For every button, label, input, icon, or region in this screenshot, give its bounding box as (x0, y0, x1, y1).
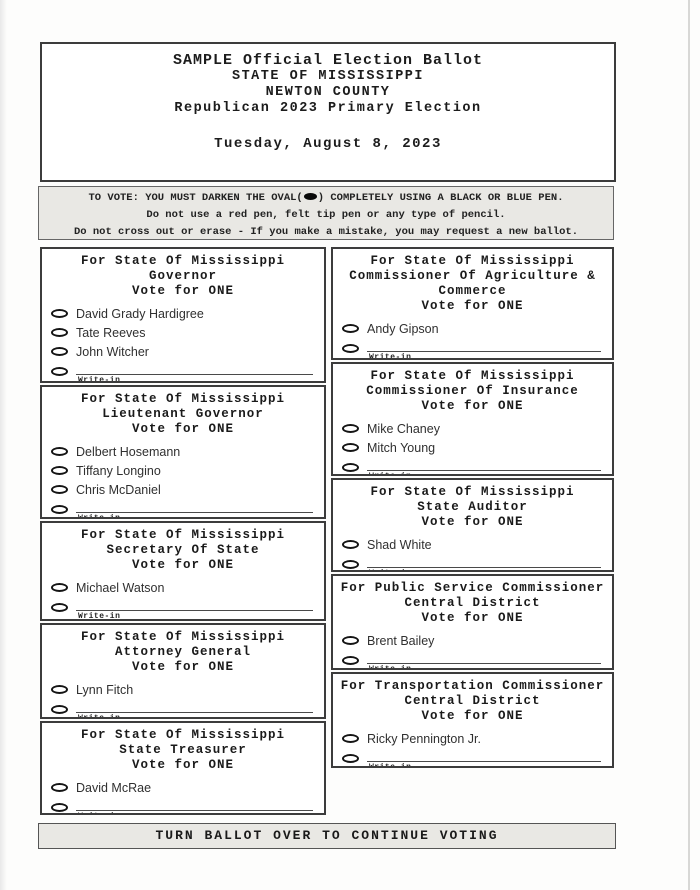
instruction-text: TO VOTE: YOU MUST DARKEN THE OVAL( (89, 192, 303, 204)
contest-title: For State Of Mississippi Governor Vote f… (42, 254, 324, 299)
contest-vote-for-line: Vote for ONE (333, 299, 612, 314)
candidate-name: Chris McDaniel (76, 483, 161, 497)
vote-oval[interactable] (51, 685, 68, 694)
contest-title-line: Attorney General (42, 645, 324, 660)
candidate-name: Mike Chaney (367, 422, 440, 436)
voting-instructions: TO VOTE: YOU MUST DARKEN THE OVAL() COMP… (38, 186, 614, 240)
write-in-line[interactable]: Write-in (367, 342, 601, 352)
write-in-label: Write-in (78, 376, 120, 383)
contest-title-line: Commerce (333, 284, 612, 299)
options-list: Lynn Fitch Write-in (42, 680, 324, 719)
write-in-option[interactable]: Write-in (342, 339, 601, 360)
vote-oval[interactable] (342, 754, 359, 763)
candidate-option[interactable]: Mike Chaney (342, 419, 601, 438)
contest-title: For State Of Mississippi Attorney Genera… (42, 630, 324, 675)
contest-public-service-commissioner: For Public Service Commissioner Central … (331, 574, 614, 670)
write-in-label: Write-in (369, 353, 411, 360)
vote-oval[interactable] (342, 443, 359, 452)
ballot-column-left: For State Of Mississippi Governor Vote f… (40, 247, 326, 815)
write-in-option[interactable]: Write-in (342, 458, 601, 476)
contest-attorney-general: For State Of Mississippi Attorney Genera… (40, 623, 326, 719)
vote-oval[interactable] (342, 560, 359, 569)
write-in-line[interactable]: Write-in (367, 752, 601, 762)
contest-transportation-commissioner: For Transportation Commissioner Central … (331, 672, 614, 768)
vote-oval[interactable] (342, 344, 359, 353)
write-in-label: Write-in (369, 472, 411, 476)
vote-oval[interactable] (51, 783, 68, 792)
contest-title-line: For State Of Mississippi (333, 254, 612, 269)
vote-oval[interactable] (51, 328, 68, 337)
page-edge-shadow-left (0, 0, 7, 890)
vote-oval[interactable] (51, 485, 68, 494)
candidate-option[interactable]: Mitch Young (342, 438, 601, 457)
turn-ballot-over-banner: TURN BALLOT OVER TO CONTINUE VOTING (38, 823, 616, 849)
write-in-line[interactable]: Write-in (76, 703, 313, 713)
vote-oval[interactable] (51, 505, 68, 514)
write-in-label: Write-in (369, 763, 411, 768)
contest-vote-for-line: Vote for ONE (42, 422, 324, 437)
write-in-option[interactable]: Write-in (51, 500, 313, 519)
contest-title: For State Of Mississippi State Treasurer… (42, 728, 324, 773)
candidate-name: Tate Reeves (76, 326, 145, 340)
instruction-line-2: Do not use a red pen, felt tip pen or an… (39, 207, 613, 224)
vote-oval[interactable] (51, 309, 68, 318)
ballot-header: SAMPLE Official Election Ballot STATE OF… (40, 42, 616, 182)
candidate-option[interactable]: David Grady Hardigree (51, 304, 313, 323)
page-edge-shadow-right (688, 0, 690, 890)
contest-title: For Public Service Commissioner Central … (333, 581, 612, 626)
write-in-option[interactable]: Write-in (51, 798, 313, 815)
instruction-line-3: Do not cross out or erase - If you make … (39, 224, 613, 241)
options-list: Andy Gipson Write-in (333, 319, 612, 360)
write-in-option[interactable]: Write-in (51, 362, 313, 383)
contest-title: For State Of Mississippi Secretary Of St… (42, 528, 324, 573)
options-list: David McRae Write-in (42, 778, 324, 815)
contest-vote-for-line: Vote for ONE (333, 709, 612, 724)
contest-title-line: Central District (333, 694, 612, 709)
write-in-option[interactable]: Write-in (342, 651, 601, 670)
contest-insurance: For State Of Mississippi Commissioner Of… (331, 362, 614, 476)
candidate-name: Shad White (367, 538, 432, 552)
vote-oval[interactable] (342, 734, 359, 743)
write-in-label: Write-in (78, 612, 120, 621)
vote-oval[interactable] (342, 636, 359, 645)
contest-title-line: State Treasurer (42, 743, 324, 758)
contest-title-line: For Transportation Commissioner (333, 679, 612, 694)
contest-title-line: For State Of Mississippi (42, 528, 324, 543)
write-in-line[interactable]: Write-in (367, 461, 601, 471)
contest-title: For State Of Mississippi State Auditor V… (333, 485, 612, 530)
write-in-label: Write-in (78, 812, 120, 815)
contest-lieutenant-governor: For State Of Mississippi Lieutenant Gove… (40, 385, 326, 519)
instruction-text: ) COMPLETELY USING A BLACK OR BLUE PEN. (318, 192, 564, 204)
ballot-date: Tuesday, August 8, 2023 (42, 136, 614, 152)
write-in-label: Write-in (369, 569, 411, 572)
candidate-option[interactable]: Michael Watson (51, 578, 313, 597)
contest-title-line: Governor (42, 269, 324, 284)
contest-state-auditor: For State Of Mississippi State Auditor V… (331, 478, 614, 572)
contest-title-line: Lieutenant Governor (42, 407, 324, 422)
contest-title-line: State Auditor (333, 500, 612, 515)
ballot-county: NEWTON COUNTY (42, 85, 614, 101)
contest-vote-for-line: Vote for ONE (42, 558, 324, 573)
write-in-line[interactable]: Write-in (76, 801, 313, 811)
vote-oval[interactable] (342, 540, 359, 549)
vote-oval[interactable] (51, 583, 68, 592)
candidate-option[interactable]: Brent Bailey (342, 631, 601, 650)
vote-oval[interactable] (342, 463, 359, 472)
candidate-option[interactable]: Chris McDaniel (51, 480, 313, 499)
vote-oval[interactable] (342, 424, 359, 433)
contest-vote-for-line: Vote for ONE (333, 399, 612, 414)
contest-title-line: For State Of Mississippi (42, 630, 324, 645)
options-list: Michael Watson Write-in (42, 578, 324, 619)
write-in-line[interactable]: Write-in (76, 503, 313, 513)
vote-oval[interactable] (51, 603, 68, 612)
filled-oval-icon (304, 193, 317, 200)
contest-state-treasurer: For State Of Mississippi State Treasurer… (40, 721, 326, 815)
contest-title-line: For State Of Mississippi (333, 485, 612, 500)
write-in-option[interactable]: Write-in (51, 700, 313, 719)
write-in-option[interactable]: Write-in (342, 749, 601, 768)
contest-title-line: For State Of Mississippi (42, 728, 324, 743)
write-in-option[interactable]: Write-in (342, 555, 601, 572)
ballot-state: STATE OF MISSISSIPPI (42, 69, 614, 85)
contest-title-line: For State Of Mississippi (42, 392, 324, 407)
contest-governor: For State Of Mississippi Governor Vote f… (40, 247, 326, 383)
options-list: Delbert Hosemann Tiffany Longino Chris M… (42, 442, 324, 519)
contest-title-line: For State Of Mississippi (333, 369, 612, 384)
contest-title-line: For Public Service Commissioner (333, 581, 612, 596)
contest-vote-for-line: Vote for ONE (42, 284, 324, 299)
contest-title-line: For State Of Mississippi (42, 254, 324, 269)
candidate-name: Tiffany Longino (76, 464, 161, 478)
contest-title-line: Commissioner Of Insurance (333, 384, 612, 399)
options-list: Mike Chaney Mitch Young Write-in (333, 419, 612, 476)
contest-vote-for-line: Vote for ONE (333, 515, 612, 530)
contest-title-line: Central District (333, 596, 612, 611)
candidate-option[interactable]: David McRae (51, 778, 313, 797)
vote-oval[interactable] (342, 656, 359, 665)
options-list: Shad White Write-in (333, 535, 612, 572)
candidate-option[interactable]: Ricky Pennington Jr. (342, 729, 601, 748)
contest-title: For State Of Mississippi Lieutenant Gove… (42, 392, 324, 437)
write-in-line[interactable]: Write-in (76, 601, 313, 611)
contest-secretary-of-state: For State Of Mississippi Secretary Of St… (40, 521, 326, 621)
ballot-title: SAMPLE Official Election Ballot (42, 53, 614, 69)
write-in-label: Write-in (78, 514, 120, 519)
instruction-line-1: TO VOTE: YOU MUST DARKEN THE OVAL() COMP… (39, 190, 613, 207)
write-in-line[interactable]: Write-in (367, 558, 601, 568)
vote-oval[interactable] (342, 324, 359, 333)
candidate-name: Ricky Pennington Jr. (367, 732, 481, 746)
vote-oval[interactable] (51, 705, 68, 714)
write-in-label: Write-in (369, 665, 411, 670)
candidate-name: David McRae (76, 781, 151, 795)
contest-vote-for-line: Vote for ONE (42, 660, 324, 675)
contest-title: For State Of Mississippi Commissioner Of… (333, 254, 612, 314)
candidate-name: Mitch Young (367, 441, 435, 455)
candidate-option[interactable]: Lynn Fitch (51, 680, 313, 699)
vote-oval[interactable] (51, 803, 68, 812)
options-list: David Grady Hardigree Tate Reeves John W… (42, 304, 324, 383)
contest-vote-for-line: Vote for ONE (333, 611, 612, 626)
ballot-column-right: For State Of Mississippi Commissioner Of… (331, 247, 614, 768)
candidate-name: John Witcher (76, 345, 149, 359)
candidate-option[interactable]: Tiffany Longino (51, 461, 313, 480)
candidate-name: Brent Bailey (367, 634, 434, 648)
candidate-option[interactable]: Andy Gipson (342, 319, 601, 338)
vote-oval[interactable] (51, 347, 68, 356)
candidate-option[interactable]: Tate Reeves (51, 323, 313, 342)
candidate-name: Michael Watson (76, 581, 164, 595)
vote-oval[interactable] (51, 447, 68, 456)
candidate-option[interactable]: Shad White (342, 535, 601, 554)
contest-title-line: Commissioner Of Agriculture & (333, 269, 612, 284)
candidate-name: David Grady Hardigree (76, 307, 204, 321)
candidate-option[interactable]: Delbert Hosemann (51, 442, 313, 461)
write-in-option[interactable]: Write-in (51, 598, 313, 619)
ballot-election: Republican 2023 Primary Election (42, 101, 614, 117)
candidate-name: Andy Gipson (367, 322, 439, 336)
write-in-label: Write-in (78, 714, 120, 719)
contest-title-line: Secretary Of State (42, 543, 324, 558)
contest-title: For State Of Mississippi Commissioner Of… (333, 369, 612, 414)
vote-oval[interactable] (51, 367, 68, 376)
candidate-option[interactable]: John Witcher (51, 342, 313, 361)
vote-oval[interactable] (51, 466, 68, 475)
contest-agriculture-commerce: For State Of Mississippi Commissioner Of… (331, 247, 614, 360)
candidate-name: Lynn Fitch (76, 683, 133, 697)
options-list: Ricky Pennington Jr. Write-in (333, 729, 612, 768)
contest-vote-for-line: Vote for ONE (42, 758, 324, 773)
write-in-line[interactable]: Write-in (367, 654, 601, 664)
write-in-line[interactable]: Write-in (76, 365, 313, 375)
contest-title: For Transportation Commissioner Central … (333, 679, 612, 724)
candidate-name: Delbert Hosemann (76, 445, 180, 459)
options-list: Brent Bailey Write-in (333, 631, 612, 670)
